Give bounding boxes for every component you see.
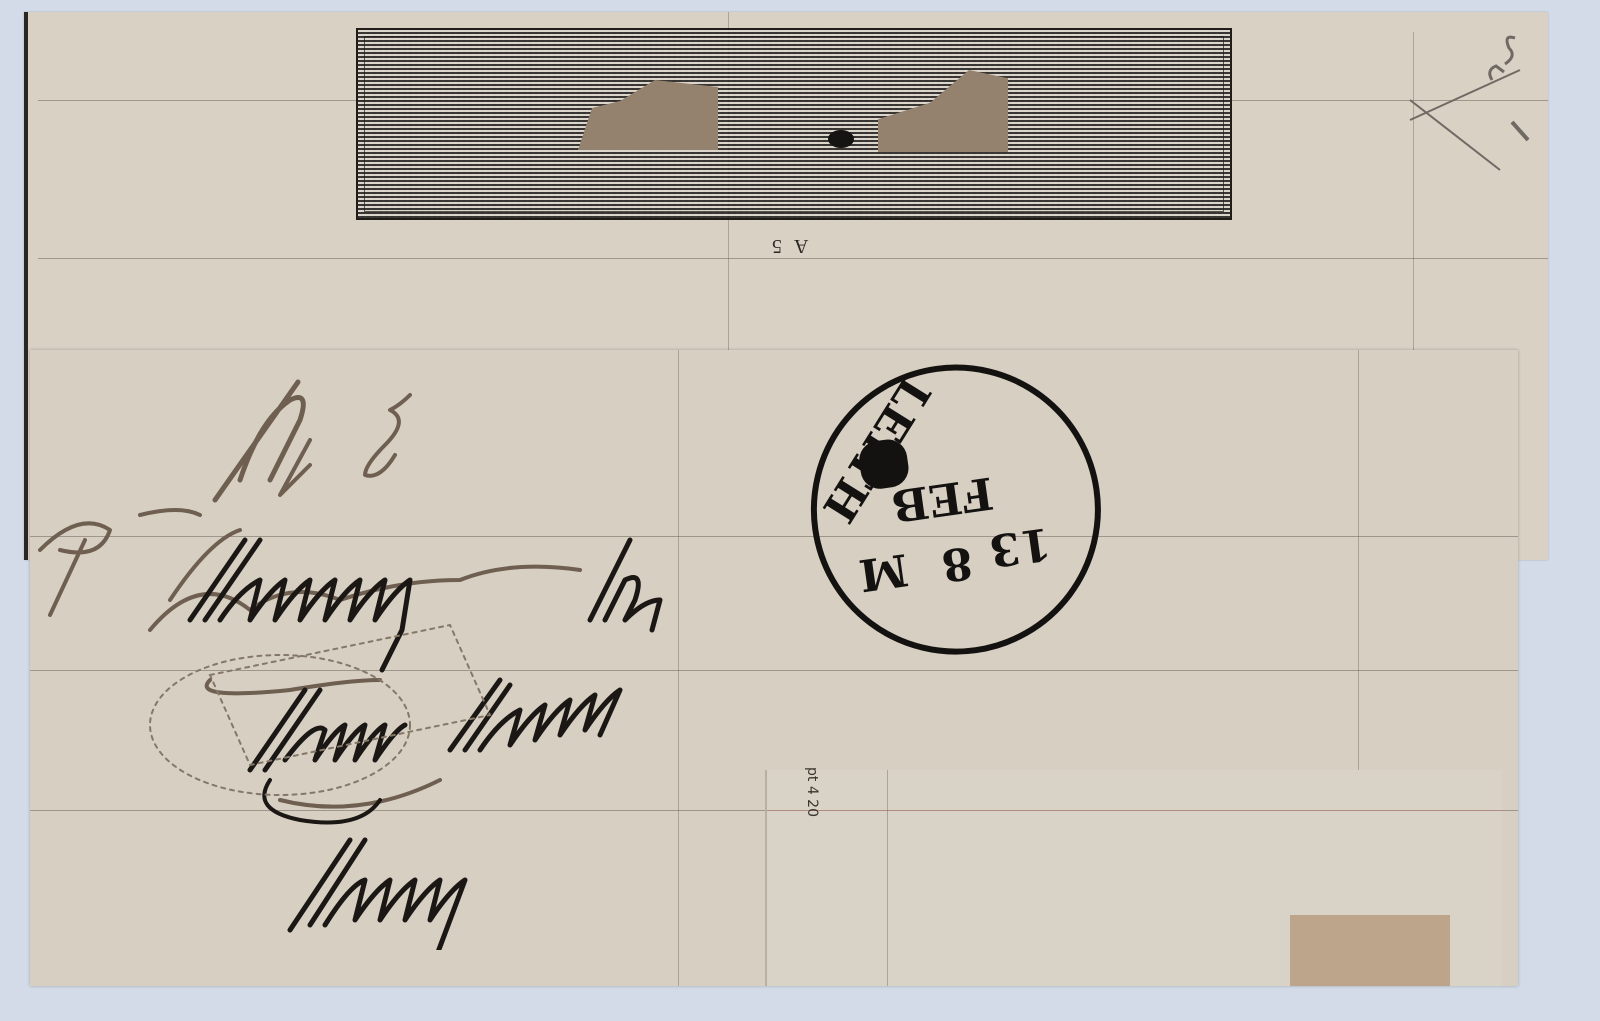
- postmark-inverted-text: LEITH FEB 13 8 M: [786, 340, 1135, 680]
- pencil-annotation: [1400, 30, 1540, 180]
- postmark-month: FEB: [888, 467, 996, 532]
- brown-stain: [1290, 915, 1450, 986]
- postmark-year: 8: [938, 536, 975, 591]
- plate-mark: A 5: [768, 234, 808, 257]
- postmark-suffix: M: [856, 543, 911, 600]
- fold-line: [1358, 350, 1359, 780]
- leith-postmark: LEITH FEB 13 8 M: [786, 340, 1135, 680]
- fold-line: [38, 258, 1548, 259]
- label-strip-text: pt 4 20: [804, 767, 820, 817]
- postmark-day: 13: [986, 517, 1054, 576]
- label-divider: [887, 770, 888, 986]
- engraved-security-panel: [356, 28, 1232, 220]
- ink-blot: [828, 130, 854, 148]
- red-rule-line: [767, 810, 1502, 811]
- manuscript-address: [30, 370, 690, 950]
- panel-inner-border: [364, 36, 1224, 212]
- reference-number-handwriting: [215, 382, 410, 500]
